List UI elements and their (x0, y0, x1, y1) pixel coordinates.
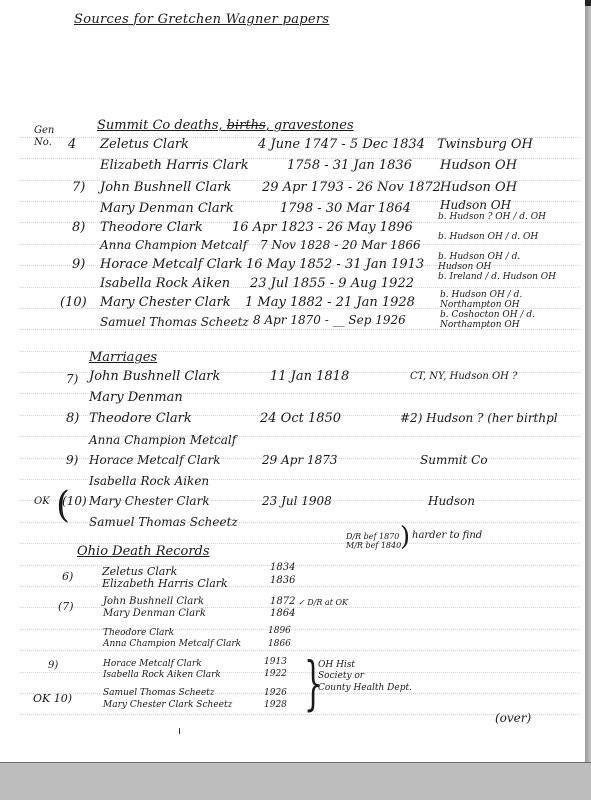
death-dates: 1758 - 31 Jan 1836 (287, 158, 412, 173)
marriage-place: #2) Hudson ? (her birthpl (400, 411, 558, 425)
death-dates: 8 Apr 1870 - __ Sep 1926 (253, 313, 406, 327)
death-name: Theodore Clark (100, 220, 203, 235)
scanned-page: Sources for Gretchen Wagner papers Gen N… (0, 0, 585, 762)
death-gen: 7) (72, 180, 85, 195)
record-year: 1922 (264, 669, 287, 679)
marriage-bride: Isabella Rock Aiken (89, 474, 209, 488)
record-year: 1913 (264, 657, 287, 667)
record-note: ✓ D/R at OK (298, 598, 348, 607)
record-gen: 9) (48, 660, 58, 671)
death-dates: 16 Apr 1823 - 26 May 1896 (232, 220, 413, 235)
death-dates: 23 Jul 1855 - 9 Aug 1922 (250, 276, 414, 291)
section-heading-summit-deaths: Summit Co deaths, births, gravestones (97, 118, 354, 133)
death-place: b. Hudson OH / d. Hudson OH (438, 252, 558, 272)
record-year: 1866 (268, 639, 291, 649)
marriage-gen: 8) (66, 411, 79, 426)
death-gen: 4 (68, 137, 76, 152)
death-name: Anna Champion Metcalf (100, 238, 247, 252)
death-dates: 1 May 1882 - 21 Jan 1928 (245, 295, 415, 310)
death-name: Mary Chester Clark (100, 295, 231, 310)
marriage-date: 29 Apr 1873 (262, 453, 338, 467)
death-gen: 9) (72, 257, 85, 272)
death-name: Isabella Rock Aiken (100, 276, 230, 291)
marriage-gen: (10) (62, 494, 87, 508)
record-gen: 6) (62, 570, 73, 583)
record-year: 1928 (264, 700, 287, 710)
death-name: Zeletus Clark (100, 137, 189, 152)
record-name: Horace Metcalf Clark (103, 659, 202, 669)
record-year: 1864 (270, 608, 295, 619)
marriage-date: 24 Oct 1850 (260, 411, 341, 426)
marriage-bride: Samuel Thomas Scheetz (89, 515, 238, 529)
record-year: 1896 (268, 626, 291, 636)
marriage-bride: Anna Champion Metcalf (89, 433, 236, 447)
record-year: 1836 (270, 575, 295, 586)
record-year: 1926 (264, 688, 287, 698)
record-gen: OK 10) (33, 692, 72, 705)
death-place: Hudson OH (440, 198, 511, 212)
death-place: b. Coshocton OH / d. Northampton OH (440, 310, 560, 330)
marriage-date: 23 Jul 1908 (262, 494, 332, 508)
record-name: John Bushnell Clark (103, 596, 204, 607)
death-name: Samuel Thomas Scheetz (100, 315, 249, 329)
death-place: b. Ireland / d. Hudson OH (438, 272, 558, 282)
death-name: Elizabeth Harris Clark (100, 158, 249, 173)
death-place: b. Hudson OH / d. Northampton OH (440, 290, 560, 310)
death-name: Mary Denman Clark (100, 201, 234, 216)
bracket-mark: ) (400, 524, 410, 550)
marriage-place: Hudson (428, 494, 475, 508)
record-gen: (7) (58, 600, 74, 613)
death-place: b. Hudson OH / d. OH (438, 232, 558, 242)
section-heading-marriages: Marriages (89, 350, 157, 365)
bracket-note-line: OH Hist (318, 660, 355, 670)
death-name: John Bushnell Clark (100, 180, 231, 195)
marriage-date: 11 Jan 1818 (270, 369, 349, 384)
page-title: Sources for Gretchen Wagner papers (74, 12, 329, 27)
side-note-tail: harder to find (412, 530, 482, 541)
record-name: Anna Champion Metcalf Clark (103, 639, 241, 649)
rule-line (20, 650, 580, 651)
death-dates: 1798 - 30 Mar 1864 (280, 201, 411, 216)
death-dates: 7 Nov 1828 - 20 Mar 1866 (260, 238, 421, 252)
bracket-note-line: County Health Dept. (318, 683, 412, 693)
death-dates: 16 May 1852 - 31 Jan 1913 (246, 257, 424, 272)
record-year: 1834 (270, 562, 295, 573)
scan-speck (179, 728, 180, 734)
death-dates: 29 Apr 1793 - 26 Nov 1872 (262, 180, 441, 195)
death-place: b. Hudson ? OH / d. OH (438, 212, 558, 222)
bracket-note-line: Society or (318, 671, 364, 681)
scan-edge (585, 0, 591, 762)
marriage-groom: Horace Metcalf Clark (89, 453, 221, 467)
record-name: Theodore Clark (103, 628, 174, 638)
marriage-bride: Mary Denman (89, 390, 183, 405)
record-name: Isabella Rock Aiken Clark (103, 670, 221, 680)
marriage-groom: Mary Chester Clark (89, 494, 210, 508)
gen-no-note: Gen No. (34, 125, 58, 149)
side-note-line: M/R bef 1840 (346, 541, 401, 550)
death-place: Hudson OH (440, 180, 517, 195)
record-name: Mary Denman Clark (103, 608, 206, 619)
ok-mark: OK (34, 496, 50, 507)
side-note-line: D/R bef 1870 (346, 532, 399, 541)
death-place: Twinsburg OH (437, 137, 533, 152)
section-heading-ohio-deaths: Ohio Death Records (77, 544, 210, 559)
record-name: Elizabeth Harris Clark (102, 577, 228, 590)
marriage-gen: 9) (66, 453, 78, 467)
marriage-place: Summit Co (420, 453, 488, 467)
death-gen: (10) (60, 295, 87, 310)
record-name: Samuel Thomas Scheetz (103, 688, 215, 698)
over-note: (over) (495, 711, 531, 725)
scan-corner (585, 0, 591, 6)
death-dates: 4 June 1747 - 5 Dec 1834 (258, 137, 425, 152)
struck-word: births (227, 118, 266, 133)
scanner-bed (0, 762, 591, 800)
death-place: Hudson OH (440, 158, 517, 173)
marriage-place: CT, NY, Hudson OH ? (410, 371, 517, 382)
record-name: Mary Chester Clark Scheetz (103, 700, 232, 710)
record-year: 1872 (270, 596, 295, 607)
marriage-gen: 7) (66, 372, 78, 386)
death-gen: 8) (72, 220, 85, 235)
marriage-groom: Theodore Clark (89, 411, 192, 426)
death-name: Horace Metcalf Clark (100, 257, 243, 272)
marriage-groom: John Bushnell Clark (89, 369, 220, 384)
